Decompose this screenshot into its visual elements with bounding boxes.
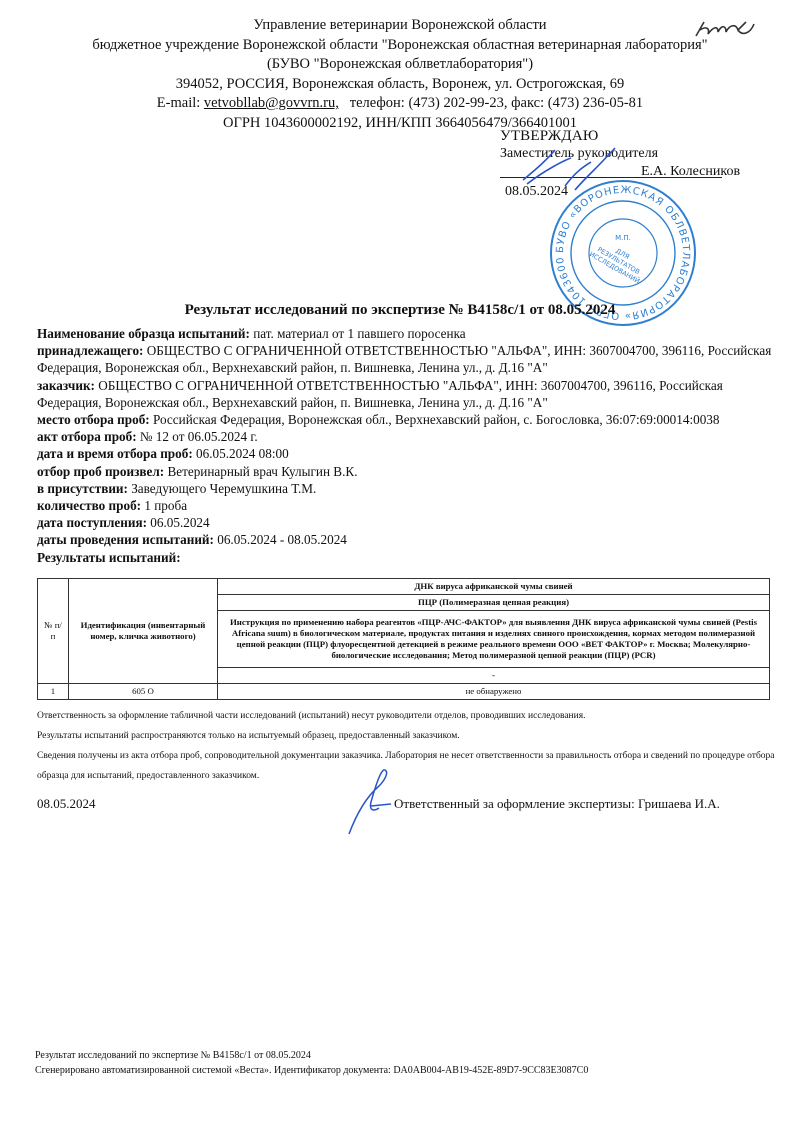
document-title: Результат исследований по экспертизе № В… bbox=[0, 302, 800, 319]
signature-date: 08.05.2024 bbox=[37, 796, 96, 812]
header-line-institution: бюджетное учреждение Воронежской области… bbox=[0, 36, 800, 56]
field-value: ОБЩЕСТВО С ОГРАНИЧЕННОЙ ОТВЕТСТВЕННОСТЬЮ… bbox=[37, 378, 723, 410]
row-number: 1 bbox=[38, 684, 69, 700]
responsible-signature-icon bbox=[345, 768, 400, 838]
email-label: E-mail: bbox=[157, 95, 204, 111]
field-label: даты проведения испытаний: bbox=[37, 532, 214, 547]
field-label: дата и время отбора проб: bbox=[37, 446, 193, 461]
field-value: Ветеринарный врач Кулыгин В.К. bbox=[167, 464, 357, 479]
field-value: 1 проба bbox=[144, 498, 187, 513]
field-label: Наименование образца испытаний: bbox=[37, 326, 250, 341]
handwritten-mark-icon bbox=[692, 18, 772, 40]
normative-document: Инструкция по применению набора реагенто… bbox=[218, 611, 770, 668]
indicator-header: ДНК вируса африканской чумы свиней bbox=[218, 579, 770, 595]
field-row: даты проведения испытаний: 06.05.2024 - … bbox=[37, 531, 777, 548]
note-source: Сведения получены из акта отбора проб, с… bbox=[37, 746, 777, 786]
notes: Ответственность за оформление табличной … bbox=[37, 706, 777, 786]
field-row: принадлежащего: ОБЩЕСТВО С ОГРАНИЧЕННОЙ … bbox=[37, 342, 777, 376]
field-label: акт отбора проб: bbox=[37, 429, 137, 444]
field-value: Российская Федерация, Воронежская обл., … bbox=[153, 412, 720, 427]
field-label: принадлежащего: bbox=[37, 343, 143, 358]
field-row: заказчик: ОБЩЕСТВО С ОГРАНИЧЕННОЙ ОТВЕТС… bbox=[37, 377, 777, 411]
field-label: дата поступления: bbox=[37, 515, 147, 530]
field-row: количество проб: 1 проба bbox=[37, 497, 777, 514]
header-line-address: 394052, РОССИЯ, Воронежская область, Вор… bbox=[0, 75, 800, 95]
field-row: акт отбора проб: № 12 от 06.05.2024 г. bbox=[37, 428, 777, 445]
field-value: Заведующего Черемушкина Т.М. bbox=[131, 481, 316, 496]
col-header-number: № п/п bbox=[38, 579, 69, 684]
stamp-mp: М.П. bbox=[615, 234, 631, 242]
field-row: в присутствии: Заведующего Черемушкина Т… bbox=[37, 480, 777, 497]
field-label: заказчик: bbox=[37, 378, 95, 393]
footer-reference: Результат исследований по экспертизе № В… bbox=[35, 1048, 588, 1063]
responsible-person: Ответственный за оформление экспертизы: … bbox=[394, 796, 720, 812]
col-header-identification: Идентификация (инвентарный номер, кличка… bbox=[69, 579, 218, 684]
field-label: в присутствии: bbox=[37, 481, 128, 496]
norm-value: - bbox=[218, 668, 770, 684]
note-scope: Результаты испытаний распространяются то… bbox=[37, 726, 777, 746]
field-value: 06.05.2024 - 08.05.2024 bbox=[217, 532, 347, 547]
field-label: место отбора проб: bbox=[37, 412, 150, 427]
field-label: количество проб: bbox=[37, 498, 141, 513]
field-value: пат. материал от 1 павшего поросенка bbox=[253, 326, 465, 341]
row-identification: 605 О bbox=[69, 684, 218, 700]
organization-header: Управление ветеринарии Воронежской облас… bbox=[0, 16, 800, 133]
phone-fax: телефон: (473) 202-99-23, факс: (473) 23… bbox=[350, 95, 643, 111]
results-table: № п/п Идентификация (инвентарный номер, … bbox=[37, 578, 770, 700]
email-link[interactable]: vetvobllab@govvrn.ru, bbox=[204, 95, 339, 111]
footer-generated-id: Сгенерировано автоматизированной системо… bbox=[35, 1063, 588, 1078]
table-row: 1 605 О не обнаружено bbox=[38, 684, 770, 700]
row-result: не обнаружено bbox=[218, 684, 770, 700]
note-responsibility: Ответственность за оформление табличной … bbox=[37, 706, 777, 726]
field-label: Результаты испытаний: bbox=[37, 550, 181, 565]
field-row: Наименование образца испытаний: пат. мат… bbox=[37, 325, 777, 342]
method-header: ПЦР (Полимеразная цепная реакция) bbox=[218, 595, 770, 611]
field-row: отбор проб произвел: Ветеринарный врач К… bbox=[37, 463, 777, 480]
field-row: место отбора проб: Российская Федерация,… bbox=[37, 411, 777, 428]
field-row: дата и время отбора проб: 06.05.2024 08:… bbox=[37, 445, 777, 462]
header-line-contacts: E-mail: vetvobllab@govvrn.ru, телефон: (… bbox=[0, 94, 800, 114]
field-value: 06.05.2024 bbox=[150, 515, 209, 530]
field-value: 06.05.2024 08:00 bbox=[196, 446, 289, 461]
document-footer: Результат исследований по экспертизе № В… bbox=[35, 1048, 588, 1078]
field-value: ОБЩЕСТВО С ОГРАНИЧЕННОЙ ОТВЕТСТВЕННОСТЬЮ… bbox=[37, 343, 771, 375]
sample-details: Наименование образца испытаний: пат. мат… bbox=[37, 325, 777, 566]
header-line-short-name: (БУВО "Воронежская облветлаборатория") bbox=[0, 55, 800, 75]
field-value: № 12 от 06.05.2024 г. bbox=[140, 429, 258, 444]
header-line-ministry: Управление ветеринарии Воронежской облас… bbox=[0, 16, 800, 36]
field-row: дата поступления: 06.05.2024 bbox=[37, 514, 777, 531]
field-row: Результаты испытаний: bbox=[37, 549, 777, 566]
field-label: отбор проб произвел: bbox=[37, 464, 164, 479]
